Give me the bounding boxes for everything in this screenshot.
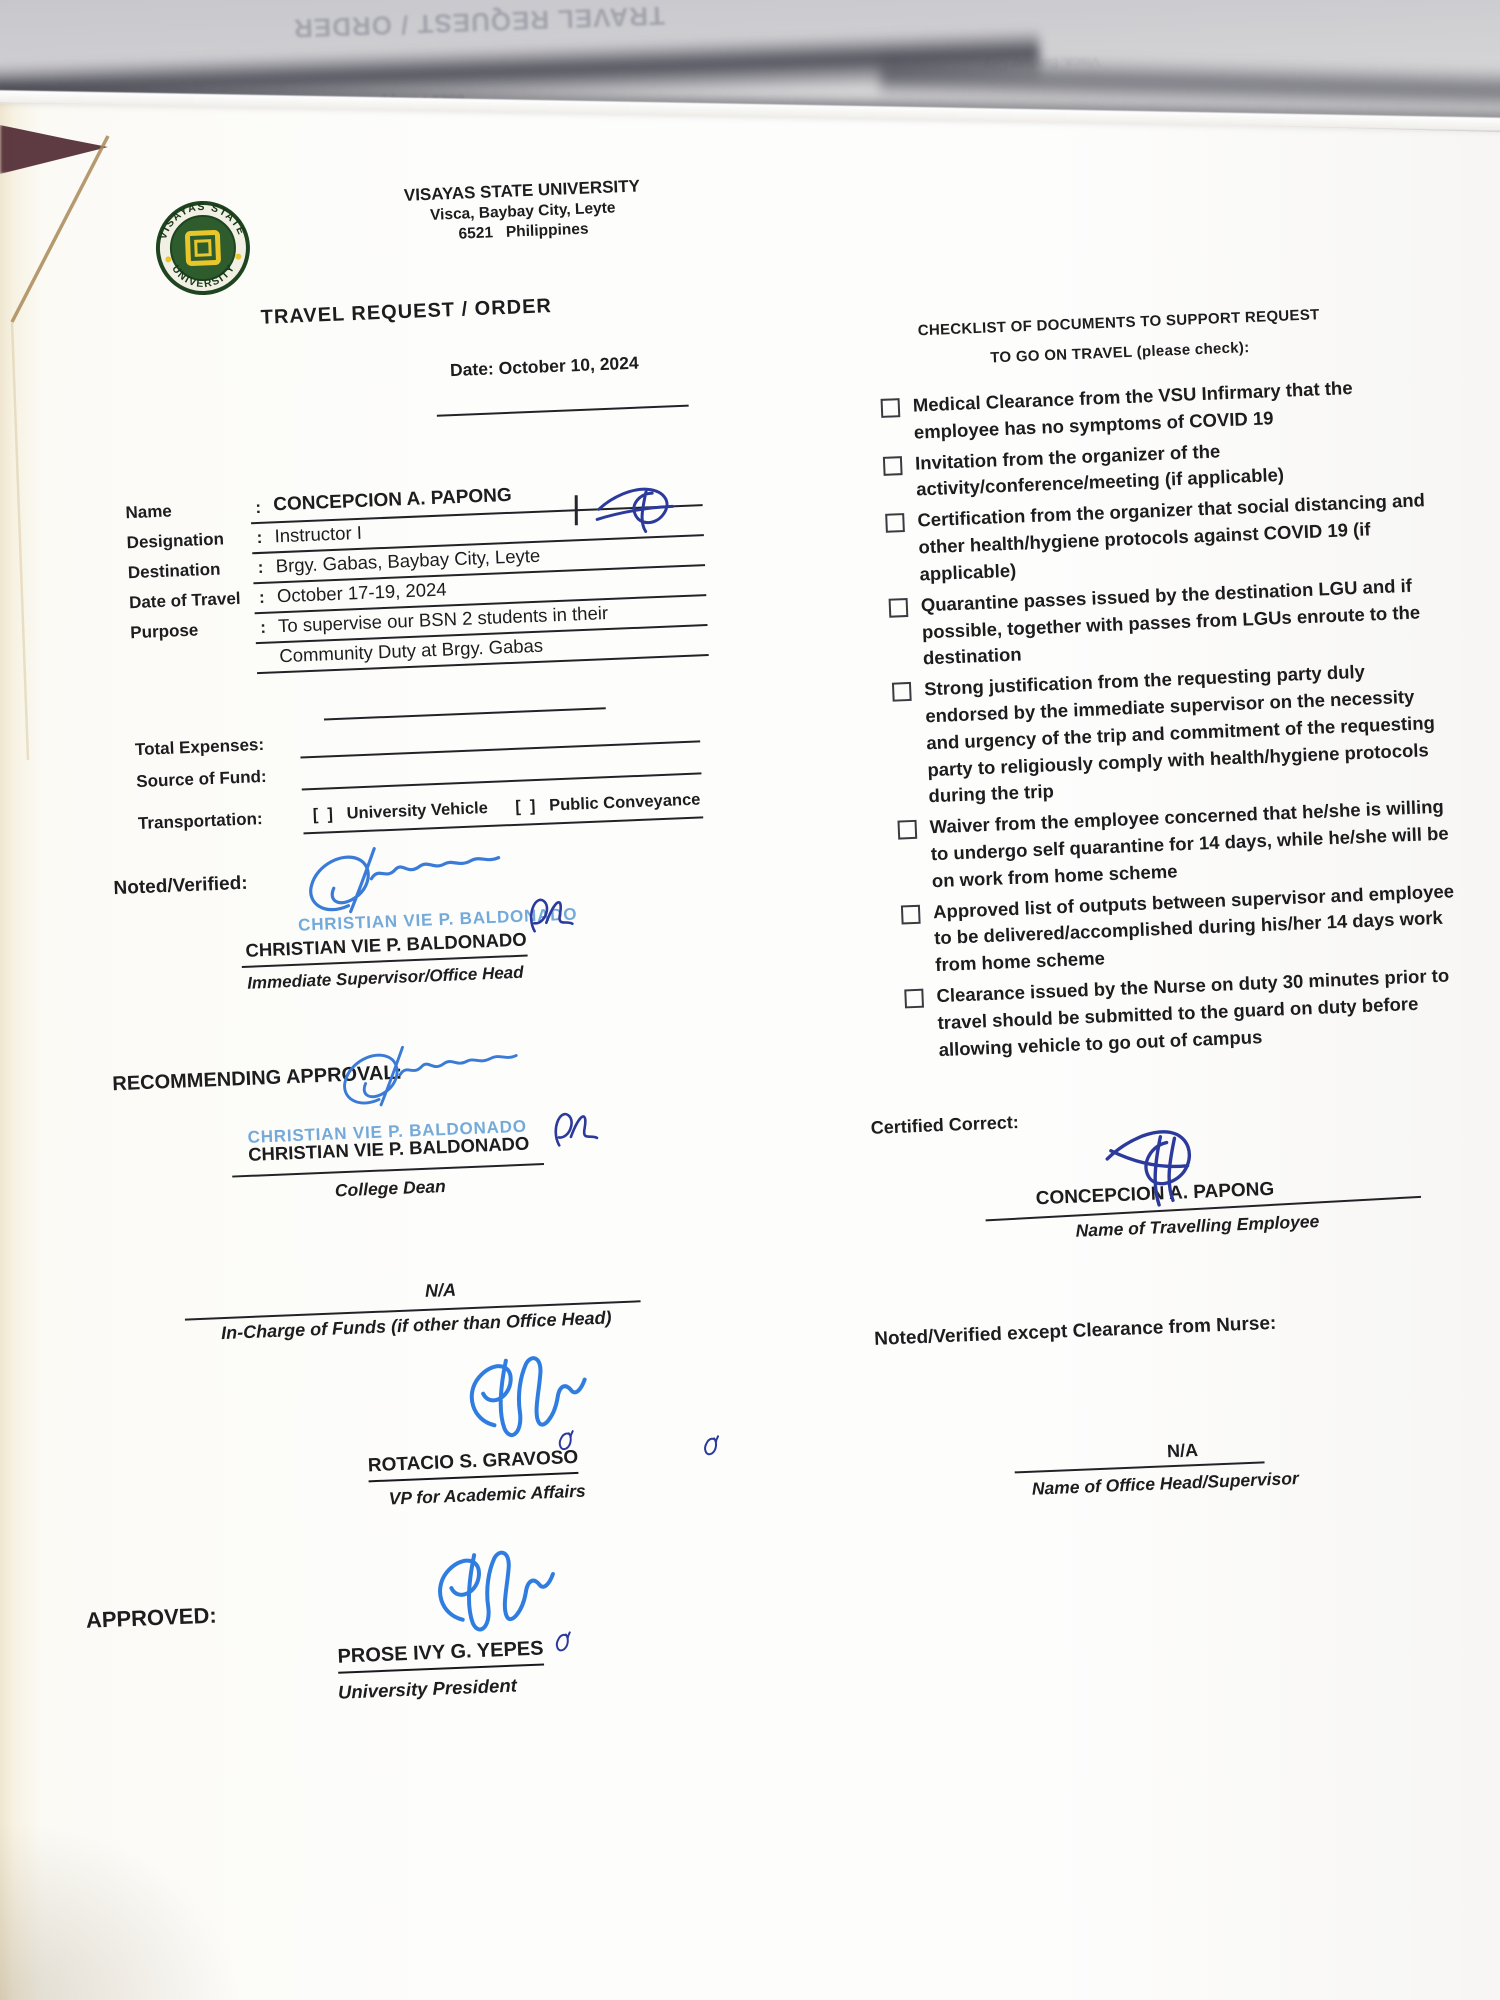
checkbox-icon xyxy=(892,682,912,702)
office-head-na-value: N/A xyxy=(1167,1440,1199,1462)
signature-initials-2 xyxy=(543,1100,600,1157)
colon: : xyxy=(256,528,262,548)
president-role: University President xyxy=(338,1675,518,1704)
field-value-name: CONCEPCION A. PAPONG xyxy=(273,485,512,517)
field-value-travel-date: October 17-19, 2024 xyxy=(277,578,447,607)
signature-baldonado-2 xyxy=(322,1032,535,1116)
checklist-item: Clearance issued by the Nurse on duty 30… xyxy=(904,962,1472,1065)
colon: : xyxy=(260,618,266,638)
noted-verified-label: Noted/Verified: xyxy=(113,873,248,900)
university-seal: VISAYAS STATE UNIVERSITY xyxy=(153,198,253,298)
signature-papong xyxy=(1094,1113,1203,1217)
field-label-name: Name xyxy=(125,501,172,523)
dean-role: College Dean xyxy=(233,1172,549,1206)
checkbox-icon xyxy=(904,989,924,1009)
checklist-item-text: Waiver from the employee concerned that … xyxy=(929,793,1457,894)
date-value: October 10, 2024 xyxy=(498,353,639,379)
vp-name: ROTACIO S. GRAVOSO xyxy=(368,1447,579,1482)
date-underline xyxy=(437,405,689,417)
checkbox-icon xyxy=(897,820,917,840)
supervisor-role: Immediate Supervisor/Office Head xyxy=(237,962,534,994)
vp-role: VP for Academic Affairs xyxy=(362,1480,613,1511)
field-label-designation: Designation xyxy=(126,529,224,553)
transportation-label: Transportation: xyxy=(138,809,263,834)
checklist-item-text: Quarantine passes issued by the destinat… xyxy=(920,571,1448,672)
signature-papong-small xyxy=(587,470,689,536)
colon: : xyxy=(259,588,265,608)
checklist-item-text: Clearance issued by the Nurse on duty 30… xyxy=(936,962,1464,1063)
source-of-fund-label: Source of Fund: xyxy=(136,767,267,792)
field-value-designation: Instructor I xyxy=(274,522,362,547)
stray-pen-mark xyxy=(575,495,578,525)
checklist-item: Strong justification from the requesting… xyxy=(892,655,1462,812)
checklist-item-text: Strong justification from the requesting… xyxy=(924,655,1454,810)
checklist: Medical Clearance from the VSU Infirmary… xyxy=(880,371,1472,1069)
checklist-heading-2: TO GO ON TRAVEL (please check): xyxy=(865,334,1375,371)
checkbox-icon xyxy=(901,904,921,924)
colon: : xyxy=(257,558,263,578)
field-label-travel-date: Date of Travel xyxy=(129,589,241,613)
funds-role: In-Charge of Funds (if other than Office… xyxy=(191,1306,641,1345)
field-label-purpose: Purpose xyxy=(130,620,199,643)
field-label-destination: Destination xyxy=(128,560,221,584)
checklist-item-text: Certification from the organizer that so… xyxy=(917,487,1445,588)
total-expenses-label: Total Expenses: xyxy=(135,735,265,760)
president-name: PROSE IVY G. YEPES xyxy=(337,1637,544,1673)
approved-label: APPROVED: xyxy=(85,1603,217,1634)
source-of-fund-underline xyxy=(302,772,702,790)
document-content: VISAYAS STATE UNIVERSITY VISAYAS STATE U… xyxy=(0,0,1500,2000)
colon: : xyxy=(255,498,261,518)
total-expenses-underline xyxy=(300,740,700,758)
checkbox-icon xyxy=(881,398,901,418)
pen-mark-circle-2 xyxy=(553,1629,574,1656)
date-line: Date: October 10, 2024 xyxy=(450,353,639,382)
blank-underline xyxy=(324,707,606,720)
funds-na-value: N/A xyxy=(425,1280,457,1302)
date-label: Date: xyxy=(450,358,495,380)
letterhead: VISAYAS STATE UNIVERSITY Visca, Baybay C… xyxy=(322,173,724,249)
signature-yepes xyxy=(423,1542,562,1637)
checklist-heading-1: CHECKLIST OF DOCUMENTS TO SUPPORT REQUES… xyxy=(864,304,1374,341)
scanned-travel-order-photo: { "bleedthrough": { "title": "TRAVEL REQ… xyxy=(0,0,1500,2000)
checklist-item-text: Approved list of outputs between supervi… xyxy=(933,878,1461,979)
checkbox-icon xyxy=(883,456,903,476)
pen-mark-circle-3 xyxy=(701,1433,722,1460)
certified-correct-label: Certified Correct: xyxy=(870,1112,1019,1139)
form-title: TRAVEL REQUEST / ORDER xyxy=(260,295,552,330)
noted-except-label: Noted/Verified except Clearance from Nur… xyxy=(874,1313,1277,1351)
checkbox-icon xyxy=(889,598,909,618)
checkbox-icon xyxy=(885,513,905,533)
